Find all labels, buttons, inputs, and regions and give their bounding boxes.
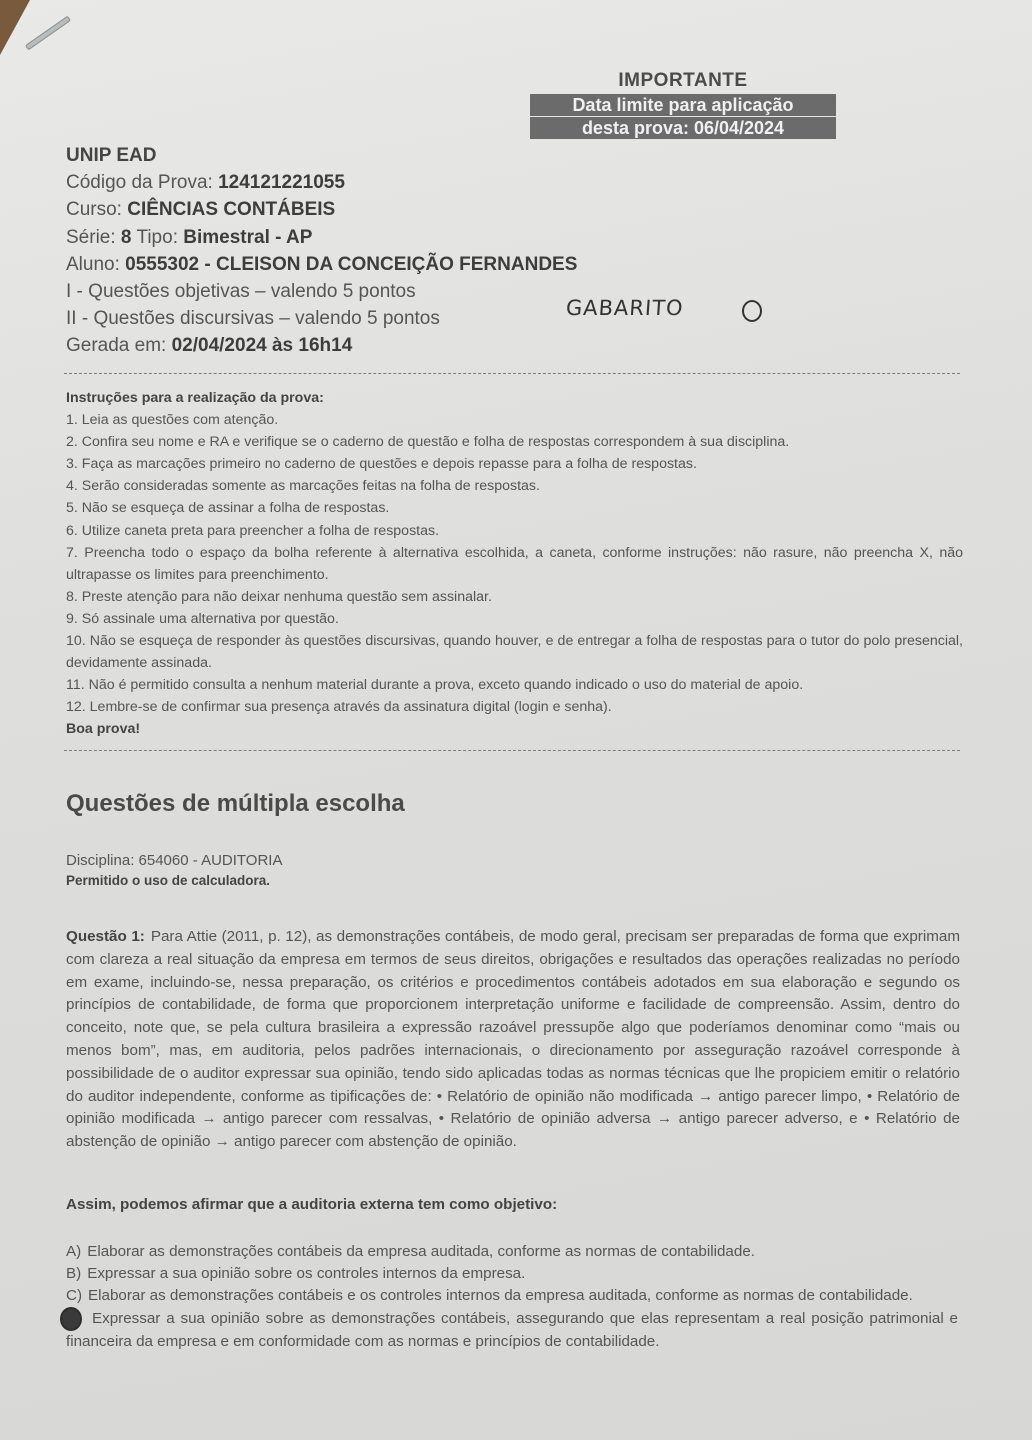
instruction-item: 10. Não se esqueça de responder às quest… [66,630,963,674]
option-text: Elaborar as demonstrações contábeis da e… [87,1243,755,1260]
instruction-item: 1. Leia as questões com atenção. [66,409,963,431]
instruction-item: 5. Não se esqueça de assinar a folha de … [66,497,963,519]
option-text: Expressar a sua opinião sobre as demonst… [66,1310,958,1350]
divider-top [64,373,960,374]
instruction-item: 3. Faça as marcações primeiro no caderno… [66,453,963,475]
exam-code-row: Código da Prova: 124121221055 [66,169,577,196]
discipline-info: Disciplina: 654060 - AUDITORIA Permitido… [66,851,282,891]
question-text: Para Attie (2011, p. 12), as demonstraçõ… [66,928,960,1150]
exam-type: Bimestral - AP [183,227,312,248]
instruction-item: 8. Preste atenção para não deixar nenhum… [66,586,963,608]
course-label: Curso: [66,199,122,220]
option-c[interactable]: C)Elaborar as demonstrações contábeis e … [66,1285,958,1306]
marked-option-letter: D) [60,1307,82,1331]
exam-header: UNIP EAD Código da Prova: 124121221055 C… [66,142,577,360]
handwritten-gabarito: GABARITO [565,296,684,320]
instructions-list: 1. Leia as questões com atenção.2. Confi… [66,409,963,718]
option-letter: C) [66,1287,82,1304]
deadline-notice: IMPORTANTE Data limite para aplicação de… [530,70,836,140]
instruction-item: 7. Preencha todo o espaço da bolha refer… [66,542,963,586]
question-prompt: Assim, podemos afirmar que a auditoria e… [66,1196,557,1213]
instruction-item: 12. Lembre-se de confirmar sua presença … [66,696,963,718]
option-letter: B) [66,1265,81,1282]
instruction-item: 2. Confira seu nome e RA e verifique se … [66,431,963,453]
generated-label: Gerada em: [66,335,166,356]
option-a[interactable]: A)Elaborar as demonstrações contábeis da… [66,1241,958,1262]
section-title: Questões de múltipla escolha [66,790,405,818]
question-1: Questão 1:Para Attie (2011, p. 12), as d… [66,926,960,1154]
instructions-heading: Instruções para a realização da prova: [66,387,963,409]
course: CIÊNCIAS CONTÁBEIS [127,199,335,220]
handwritten-circle-mark [742,300,762,322]
generated-row: Gerada em: 02/04/2024 às 16h14 [66,332,577,359]
series-label: Série: [66,227,116,248]
series-row: Série: 8 Tipo: Bimestral - AP [66,224,577,251]
student: 0555302 - CLEISON DA CONCEIÇÃO FERNANDES [125,254,577,275]
notice-line-1: Data limite para aplicação [530,94,836,116]
instructions: Instruções para a realização da prova: 1… [66,387,963,741]
option-text: Expressar a sua opinião sobre os control… [87,1265,525,1282]
instructions-closing: Boa prova! [66,718,963,740]
question-label: Questão 1: [66,928,145,945]
type-label: Tipo: [136,227,178,248]
part-1: I - Questões objetivas – valendo 5 ponto… [66,278,577,305]
instruction-item: 4. Serão consideradas somente as marcaçõ… [66,475,963,497]
instruction-item: 6. Utilize caneta preta para preencher a… [66,520,963,542]
exam-code-label: Código da Prova: [66,172,213,193]
discipline: Disciplina: 654060 - AUDITORIA [66,851,282,871]
series: 8 [121,227,132,248]
course-row: Curso: CIÊNCIAS CONTÁBEIS [66,196,577,223]
instruction-item: 11. Não é permitido consulta a nenhum ma… [66,674,963,696]
institution: UNIP EAD [66,142,577,169]
answer-options: A)Elaborar as demonstrações contábeis da… [66,1241,958,1353]
instruction-item: 9. Só assinale uma alternativa por quest… [66,608,963,630]
calculator-note: Permitido o uso de calculadora. [66,871,282,891]
exam-code: 124121221055 [218,172,345,193]
notice-title: IMPORTANTE [530,70,836,92]
student-row: Aluno: 0555302 - CLEISON DA CONCEIÇÃO FE… [66,251,577,278]
student-label: Aluno: [66,254,120,275]
option-text: Elaborar as demonstrações contábeis e os… [88,1287,913,1304]
notice-line-2: desta prova: 06/04/2024 [530,117,836,139]
option-letter: A) [66,1243,81,1260]
generated-date: 02/04/2024 às 16h14 [172,335,353,356]
option-b[interactable]: B)Expressar a sua opinião sobre os contr… [66,1263,958,1284]
option-d[interactable]: D)Expressar a sua opinião sobre as demon… [66,1307,958,1352]
part-2: II - Questões discursivas – valendo 5 po… [66,305,577,332]
divider-bottom [64,750,960,751]
